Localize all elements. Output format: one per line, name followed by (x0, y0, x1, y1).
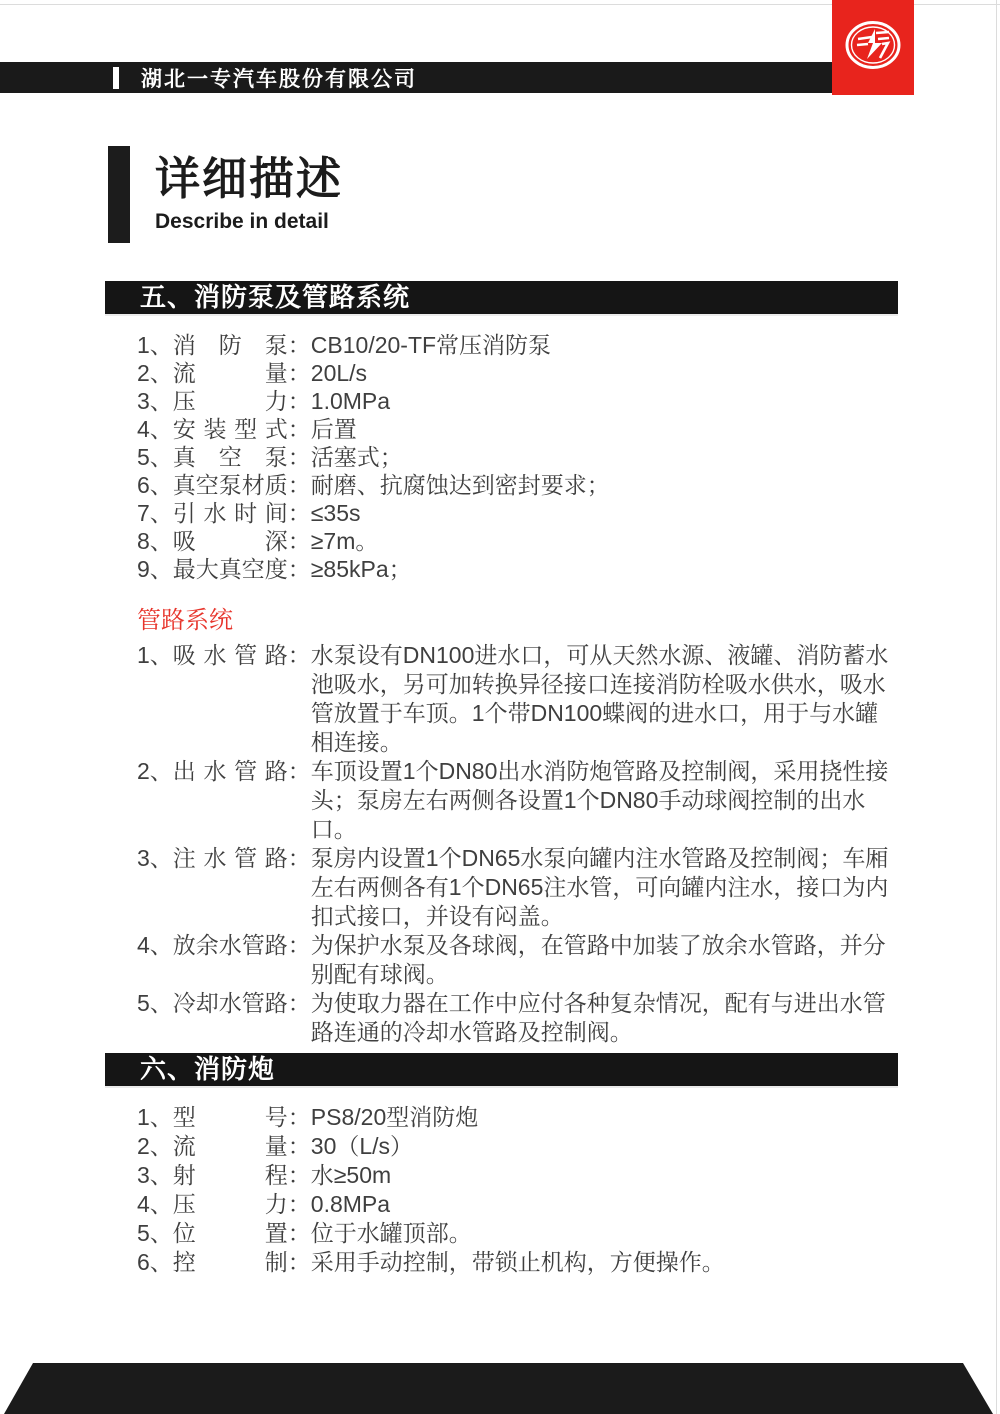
row-number: 6、 (137, 471, 173, 499)
piping-value: 泵房内设置1个DN65水泵向罐内注水管路及控制阀；车厢左右两侧各有1个DN65注… (311, 844, 898, 931)
piping-row: 1、 吸水管路 ： 水泵设有DN100进水口，可从天然水源、液罐、消防蓄水池吸水… (137, 641, 898, 757)
company-name: 湖北一专汽车股份有限公司 (141, 63, 417, 93)
monitor-spec-list: 1、 型号 ： PS8/20型消防炮 2、 流量 ： 30（L/s） 3、 射程… (137, 1103, 898, 1277)
pump-spec-list: 1、 消防泵 ： CB10/20-TF常压消防泵 2、 流量 ： 20L/s 3… (137, 331, 898, 583)
spec-value: ≥7m。 (311, 527, 898, 555)
row-number: 5、 (137, 443, 173, 471)
spec-value: ≤35s (311, 499, 898, 527)
title-tick-mark (108, 146, 130, 243)
colon: ： (288, 359, 311, 387)
piping-row: 2、 出水管路 ： 车顶设置1个DN80出水消防炮管路及控制阀，采用挠性接头；泵… (137, 757, 898, 844)
spec-value: 耐磨、抗腐蚀达到密封要求； (311, 471, 898, 499)
spec-row: 7、 引水时间 ： ≤35s (137, 499, 898, 527)
row-number: 2、 (137, 757, 173, 786)
row-number: 1、 (137, 641, 173, 670)
row-number: 9、 (137, 555, 173, 583)
piping-value: 为使取力器在工作中应付各种复杂情况，配有与进出水管路连通的冷却水管路及控制阀。 (311, 989, 898, 1047)
piping-value: 为保护水泵及各球阀，在管路中加装了放余水管路，并分别配有球阀。 (311, 931, 898, 989)
spec-row: 8、 吸深 ： ≥7m。 (137, 527, 898, 555)
row-number: 3、 (137, 844, 173, 873)
piping-label: 冷却水管路 (173, 989, 288, 1018)
spec-row: 5、 真空泵 ： 活塞式； (137, 443, 898, 471)
piping-row: 3、 注水管路 ： 泵房内设置1个DN65水泵向罐内注水管路及控制阀；车厢左右两… (137, 844, 898, 931)
spec-value: 0.8MPa (311, 1190, 898, 1219)
piping-label: 吸水管路 (173, 641, 288, 670)
spec-label: 射程 (173, 1161, 288, 1190)
spec-row: 3、 射程 ： 水≥50m (137, 1161, 898, 1190)
row-number: 3、 (137, 387, 173, 415)
colon: ： (288, 1103, 311, 1132)
row-number: 8、 (137, 527, 173, 555)
piping-label: 放余水管路 (173, 931, 288, 960)
piping-row: 4、 放余水管路 ： 为保护水泵及各球阀，在管路中加装了放余水管路，并分别配有球… (137, 931, 898, 989)
spec-label: 真空泵材质 (173, 471, 288, 499)
colon: ： (288, 1132, 311, 1161)
colon: ： (288, 1219, 311, 1248)
spec-row: 1、 消防泵 ： CB10/20-TF常压消防泵 (137, 331, 898, 359)
spec-row: 3、 压力 ： 1.0MPa (137, 387, 898, 415)
spec-label: 最大真空度 (173, 555, 288, 583)
spec-label: 真空泵 (173, 443, 288, 471)
row-number: 5、 (137, 1219, 173, 1248)
piping-value: 车顶设置1个DN80出水消防炮管路及控制阀，采用挠性接头；泵房左右两侧各设置1个… (311, 757, 898, 844)
colon: ： (288, 989, 311, 1018)
colon: ： (288, 499, 311, 527)
row-number: 7、 (137, 499, 173, 527)
colon: ： (288, 415, 311, 443)
colon: ： (288, 641, 311, 670)
title-block: 详细描述 Describe in detail (108, 146, 343, 243)
colon: ： (288, 757, 311, 786)
spec-value: ≥85kPa； (311, 555, 898, 583)
spec-value: PS8/20型消防炮 (311, 1103, 898, 1132)
piping-row: 5、 冷却水管路 ： 为使取力器在工作中应付各种复杂情况，配有与进出水管路连通的… (137, 989, 898, 1047)
row-number: 6、 (137, 1248, 173, 1277)
spec-value: 活塞式； (311, 443, 898, 471)
spec-row: 2、 流量 ： 20L/s (137, 359, 898, 387)
row-number: 1、 (137, 1103, 173, 1132)
spec-label: 引水时间 (173, 499, 288, 527)
spec-row: 2、 流量 ： 30（L/s） (137, 1132, 898, 1161)
spec-value: CB10/20-TF常压消防泵 (311, 331, 898, 359)
company-logo-box (832, 0, 914, 95)
piping-label: 注水管路 (173, 844, 288, 873)
spec-row: 1、 型号 ： PS8/20型消防炮 (137, 1103, 898, 1132)
section-fire-pump-piping: 五、消防泵及管路系统 1、 消防泵 ： CB10/20-TF常压消防泵 2、 流… (105, 281, 898, 1047)
row-number: 2、 (137, 1132, 173, 1161)
spec-label: 流量 (173, 359, 288, 387)
spec-row: 6、 真空泵材质 ： 耐磨、抗腐蚀达到密封要求； (137, 471, 898, 499)
spec-value: 位于水罐顶部。 (311, 1219, 898, 1248)
piping-list: 1、 吸水管路 ： 水泵设有DN100进水口，可从天然水源、液罐、消防蓄水池吸水… (137, 641, 898, 1047)
header-bar: 湖北一专汽车股份有限公司 (0, 62, 833, 93)
colon: ： (288, 527, 311, 555)
spec-label: 安装型式 (173, 415, 288, 443)
spec-label: 流量 (173, 1132, 288, 1161)
colon: ： (288, 1248, 311, 1277)
row-number: 4、 (137, 931, 173, 960)
spec-value: 采用手动控制，带锁止机构，方便操作。 (311, 1248, 898, 1277)
spec-row: 4、 压力 ： 0.8MPa (137, 1190, 898, 1219)
colon: ： (288, 1190, 311, 1219)
colon: ： (288, 844, 311, 873)
row-number: 4、 (137, 1190, 173, 1219)
colon: ： (288, 471, 311, 499)
colon: ： (288, 555, 311, 583)
row-number: 3、 (137, 1161, 173, 1190)
spec-row: 6、 控制 ： 采用手动控制，带锁止机构，方便操作。 (137, 1248, 898, 1277)
spec-label: 消防泵 (173, 331, 288, 359)
page-right-hairline (996, 0, 997, 1414)
footer-band (0, 1363, 1000, 1414)
colon: ： (288, 1161, 311, 1190)
spec-label: 压力 (173, 387, 288, 415)
page-title: 详细描述 (155, 152, 343, 206)
piping-value: 水泵设有DN100进水口，可从天然水源、液罐、消防蓄水池吸水，另可加转换异径接口… (311, 641, 898, 757)
page-subtitle: Describe in detail (155, 210, 343, 234)
spec-row: 9、 最大真空度 ： ≥85kPa； (137, 555, 898, 583)
spec-label: 位置 (173, 1219, 288, 1248)
header-tick-mark (113, 67, 119, 89)
colon: ： (288, 931, 311, 960)
colon: ： (288, 387, 311, 415)
row-number: 1、 (137, 331, 173, 359)
spec-value: 水≥50m (311, 1161, 898, 1190)
spec-label: 型号 (173, 1103, 288, 1132)
spec-value: 30（L/s） (311, 1132, 898, 1161)
spec-label: 压力 (173, 1190, 288, 1219)
colon: ： (288, 443, 311, 471)
spec-label: 控制 (173, 1248, 288, 1277)
spec-label: 吸深 (173, 527, 288, 555)
spec-value: 后置 (311, 415, 898, 443)
spec-row: 5、 位置 ： 位于水罐顶部。 (137, 1219, 898, 1248)
row-number: 5、 (137, 989, 173, 1018)
spec-value: 1.0MPa (311, 387, 898, 415)
colon: ： (288, 331, 311, 359)
piping-label: 出水管路 (173, 757, 288, 786)
section-five-heading: 五、消防泵及管路系统 (105, 281, 898, 314)
row-number: 4、 (137, 415, 173, 443)
section-six-heading: 六、消防炮 (105, 1053, 898, 1086)
row-number: 2、 (137, 359, 173, 387)
circle-lightning-emblem-icon (842, 17, 904, 78)
spec-value: 20L/s (311, 359, 898, 387)
section-fire-monitor: 六、消防炮 1、 型号 ： PS8/20型消防炮 2、 流量 ： 30（L/s）… (105, 1053, 898, 1277)
piping-subheading: 管路系统 (137, 600, 898, 635)
spec-row: 4、 安装型式 ： 后置 (137, 415, 898, 443)
